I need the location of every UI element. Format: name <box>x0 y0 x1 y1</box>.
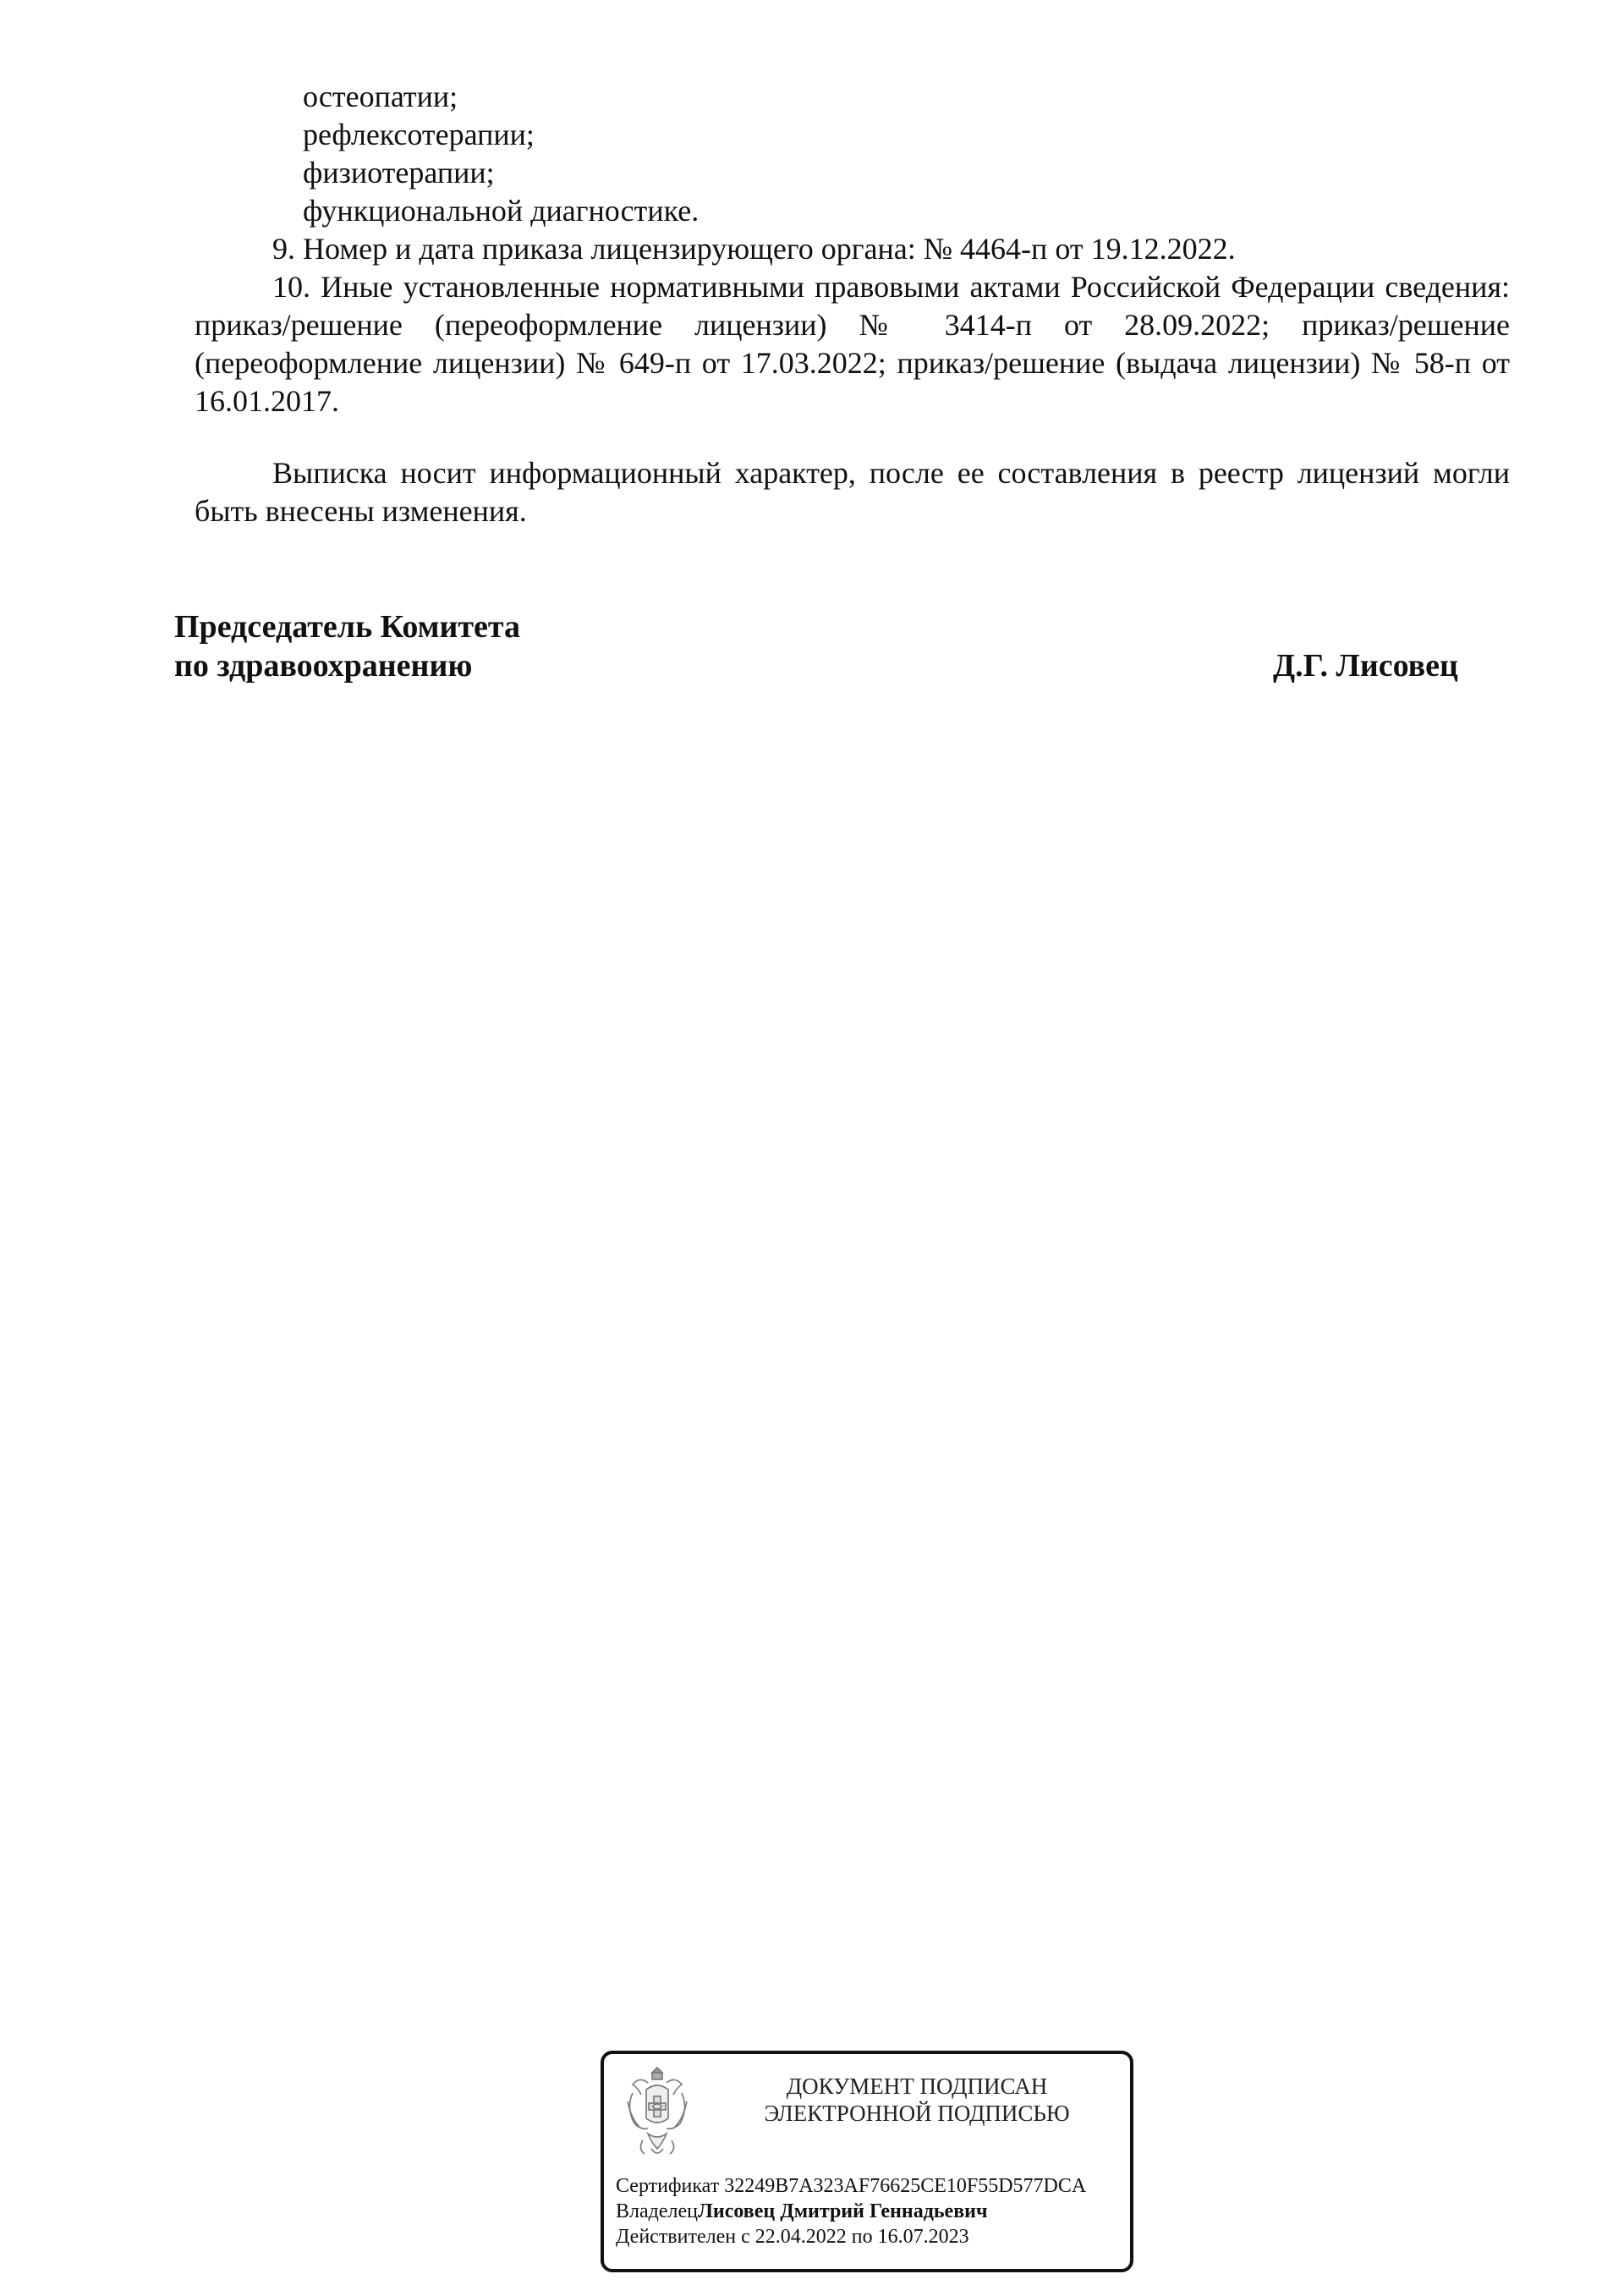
owner-row: ВладелецЛисовец Дмитрий Геннадьевич <box>616 2200 988 2223</box>
document-page: остеопатии; рефлексотерапии; физиотерапи… <box>0 0 1624 2296</box>
certificate-label: Сертификат <box>616 2175 719 2197</box>
electronic-signature-stamp: ДОКУМЕНТ ПОДПИСАН ЭЛЕКТРОННОЙ ПОДПИСЬЮ С… <box>601 2051 1133 2272</box>
disclaimer-paragraph: Выписка носит информационный характер, п… <box>195 454 1510 530</box>
list-item: физиотерапии; <box>303 154 495 191</box>
list-item: рефлексотерапии; <box>303 116 535 153</box>
owner-value: Лисовец Дмитрий Геннадьевич <box>698 2200 988 2222</box>
certificate-value: 32249B7A323AF76625CE10F55D577DCA <box>724 2175 1086 2197</box>
stamp-title-line1: ДОКУМЕНТ ПОДПИСАН <box>714 2073 1120 2100</box>
stamp-title-line2: ЭЛЕКТРОННОЙ ПОДПИСЬЮ <box>714 2100 1120 2127</box>
signer-position-line1: Председатель Комитета <box>174 607 520 646</box>
coat-of-arms-icon <box>623 2064 692 2166</box>
disclaimer-text: Выписка носит информационный характер, п… <box>195 456 1510 528</box>
certificate-row: Сертификат 32249B7A323AF76625CE10F55D577… <box>616 2174 1086 2198</box>
owner-label: Владелец <box>616 2200 698 2222</box>
signer-name: Д.Г. Лисовец <box>1273 646 1458 685</box>
signer-position-line2: по здравоохранению <box>174 646 472 685</box>
item-10-other-info: 10. Иные установленные нормативными прав… <box>195 268 1510 420</box>
item-9-order-number: 9. Номер и дата приказа лицензирующего о… <box>272 230 1236 267</box>
validity-row: Действителен с 22.04.2022 по 16.07.2023 <box>616 2225 969 2249</box>
list-item: функциональной диагностике. <box>303 192 699 229</box>
item-10-text: 10. Иные установленные нормативными прав… <box>195 270 1510 418</box>
list-item: остеопатии; <box>303 78 458 115</box>
